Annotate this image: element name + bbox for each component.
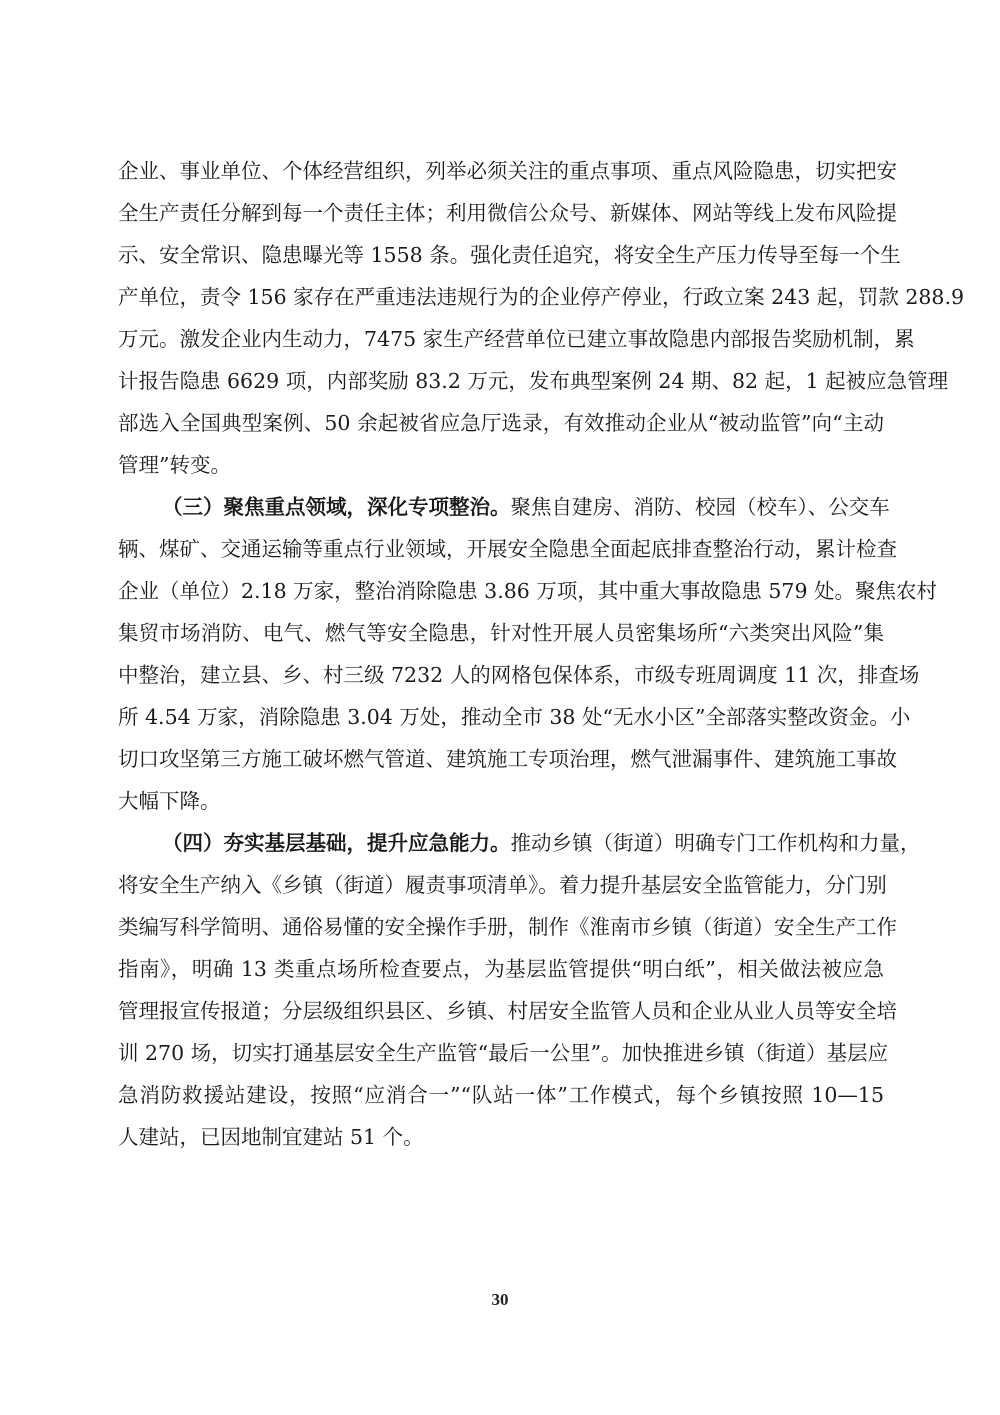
section-text: 聚焦自建房、消防、校园（校车）、公交车 bbox=[511, 495, 890, 519]
text-line: 计报告隐患 6629 项，内部奖励 83.2 万元，发布典型案例 24 期、82… bbox=[118, 360, 884, 402]
text-line: 训 270 场，切实打通基层安全生产监管“最后一公里”。加快推进乡镇（街道）基层… bbox=[118, 1032, 884, 1074]
text-line: 辆、煤矿、交通运输等重点行业领域，开展安全隐患全面起底排查整治行动，累计检查 bbox=[118, 528, 884, 570]
text-line: 企业、事业单位、个体经营组织，列举必须关注的重点事项、重点风险隐患，切实把安 bbox=[118, 150, 884, 192]
text-line: 示、安全常识、隐患曝光等 1558 条。强化责任追究，将安全生产压力传导至每一个… bbox=[118, 234, 884, 276]
paragraph-continuation: 企业、事业单位、个体经营组织，列举必须关注的重点事项、重点风险隐患，切实把安 全… bbox=[118, 150, 884, 486]
text-line: 万元。激发企业内生动力，7475 家生产经营单位已建立事故隐患内部报告奖励机制，… bbox=[118, 318, 884, 360]
text-line: 产单位，责令 156 家存在严重违法违规行为的企业停产停业，行政立案 243 起… bbox=[118, 276, 884, 318]
section-first-line: （三）聚焦重点领域，深化专项整治。聚焦自建房、消防、校园（校车）、公交车 bbox=[118, 486, 884, 528]
text-line: 部选入全国典型案例、50 余起被省应急厅选录，有效推动企业从“被动监管”向“主动 bbox=[118, 402, 884, 444]
paragraph-section-4: （四）夯实基层基础，提升应急能力。推动乡镇（街道）明确专门工作机构和力量， 将安… bbox=[118, 822, 884, 1158]
text-line: 中整治，建立县、乡、村三级 7232 人的网格包保体系，市级专班周调度 11 次… bbox=[118, 654, 884, 696]
body-text: 企业、事业单位、个体经营组织，列举必须关注的重点事项、重点风险隐患，切实把安 全… bbox=[118, 150, 884, 1158]
text-line: 企业（单位）2.18 万家，整治消除隐患 3.86 万项，其中重大事故隐患 57… bbox=[118, 570, 884, 612]
text-line: 将安全生产纳入《乡镇（街道）履责事项清单》。着力提升基层安全监管能力，分门别 bbox=[118, 864, 884, 906]
section-first-line: （四）夯实基层基础，提升应急能力。推动乡镇（街道）明确专门工作机构和力量， bbox=[118, 822, 884, 864]
section-heading: （三）聚焦重点领域，深化专项整治。 bbox=[162, 495, 511, 519]
text-line: 人建站，已因地制宜建站 51 个。 bbox=[118, 1116, 884, 1158]
text-line: 集贸市场消防、电气、燃气等安全隐患，针对性开展人员密集场所“六类突出风险”集 bbox=[118, 612, 884, 654]
text-line: 大幅下降。 bbox=[118, 780, 884, 822]
paragraph-section-3: （三）聚焦重点领域，深化专项整治。聚焦自建房、消防、校园（校车）、公交车 辆、煤… bbox=[118, 486, 884, 822]
text-line: 所 4.54 万家，消除隐患 3.04 万处，推动全市 38 处“无水小区”全部… bbox=[118, 696, 884, 738]
section-text: 推动乡镇（街道）明确专门工作机构和力量， bbox=[511, 831, 921, 855]
text-line: 指南》，明确 13 类重点场所检查要点，为基层监管提供“明白纸”，相关做法被应急 bbox=[118, 948, 884, 990]
section-heading: （四）夯实基层基础，提升应急能力。 bbox=[162, 831, 511, 855]
text-line: 管理”转变。 bbox=[118, 444, 884, 486]
text-line: 急消防救援站建设，按照“应消合一”“队站一体”工作模式，每个乡镇按照 10—15 bbox=[118, 1074, 884, 1116]
text-line: 管理报宣传报道；分层级组织县区、乡镇、村居安全监管人员和企业从业人员等安全培 bbox=[118, 990, 884, 1032]
page-number: 30 bbox=[0, 1290, 1000, 1310]
text-line: 类编写科学简明、通俗易懂的安全操作手册，制作《淮南市乡镇（街道）安全生产工作 bbox=[118, 906, 884, 948]
text-line: 切口攻坚第三方施工破坏燃气管道、建筑施工专项治理，燃气泄漏事件、建筑施工事故 bbox=[118, 738, 884, 780]
text-line: 全生产责任分解到每一个责任主体；利用微信公众号、新媒体、网站等线上发布风险提 bbox=[118, 192, 884, 234]
document-page: 企业、事业单位、个体经营组织，列举必须关注的重点事项、重点风险隐患，切实把安 全… bbox=[0, 0, 1000, 1415]
